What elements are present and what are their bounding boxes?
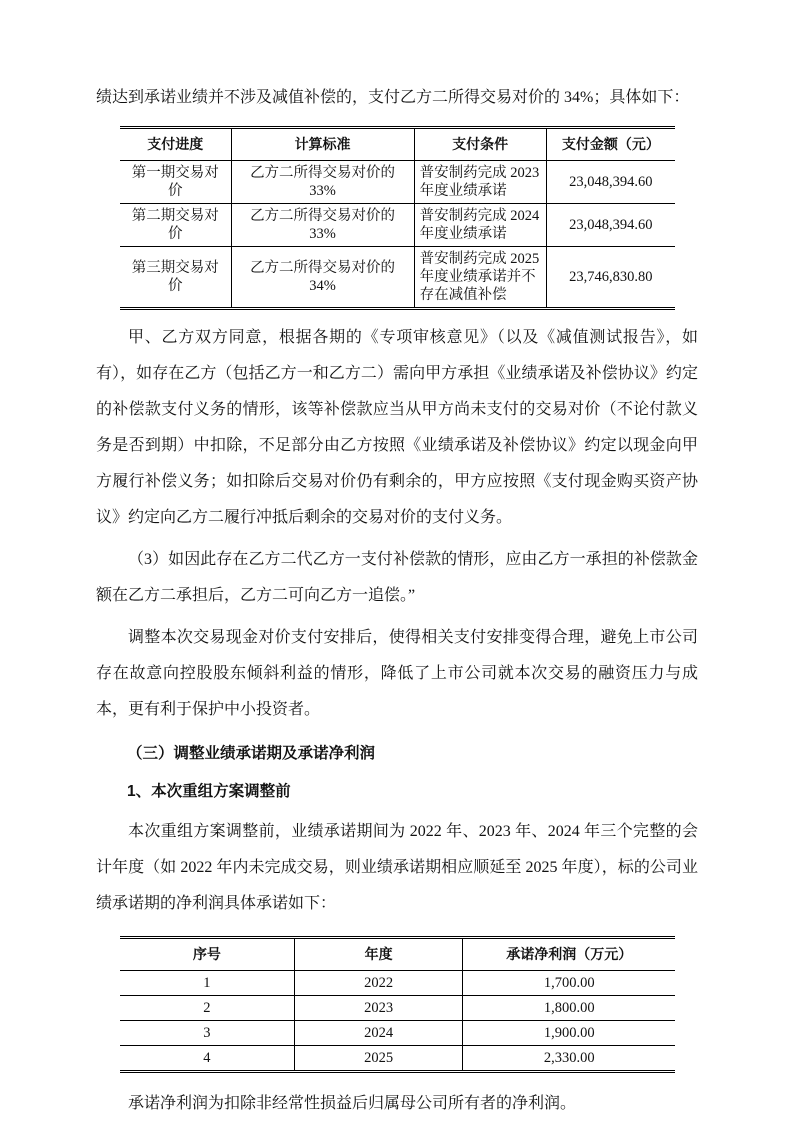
table-row: 4 2025 2,330.00 xyxy=(120,1046,675,1072)
sub-heading: 1、本次重组方案调整前 xyxy=(96,776,698,808)
table-header-cell: 支付条件 xyxy=(414,128,546,161)
table-header-row: 序号 年度 承诺净利润（万元） xyxy=(120,938,675,971)
intro-paragraph: 绩达到承诺业绩并不涉及减值补偿的，支付乙方二所得交易对价的 34%；具体如下： xyxy=(96,84,698,112)
table-cell: 1,800.00 xyxy=(463,996,675,1021)
table-cell: 2025 xyxy=(294,1046,463,1072)
table-cell: 普安制药完成 2024 年度业绩承诺 xyxy=(414,204,546,247)
table-cell: 普安制药完成 2025 年度业绩承诺并不存在减值补偿 xyxy=(414,247,546,309)
table-cell: 2023 xyxy=(294,996,463,1021)
table-header-cell: 计算标准 xyxy=(231,128,414,161)
table-cell: 3 xyxy=(120,1021,294,1046)
table-cell: 2,330.00 xyxy=(463,1046,675,1072)
table-cell: 第二期交易对价 xyxy=(120,204,231,247)
table-header-cell: 承诺净利润（万元） xyxy=(463,938,675,971)
table-header-cell: 支付进度 xyxy=(120,128,231,161)
table-cell: 2024 xyxy=(294,1021,463,1046)
table-cell: 23,746,830.80 xyxy=(546,247,675,309)
paragraph-adjustment-benefit: 调整本次交易现金对价支付安排后，使得相关支付安排变得合理，避免上市公司存在故意向… xyxy=(96,620,698,728)
table-header-cell: 年度 xyxy=(294,938,463,971)
paragraph-compensation-agreement: 甲、乙方双方同意，根据各期的《专项审核意见》（以及《减值测试报告》，如有），如存… xyxy=(96,320,698,536)
table-cell: 23,048,394.60 xyxy=(546,204,675,247)
table-row: 第三期交易对价 乙方二所得交易对价的 34% 普安制药完成 2025 年度业绩承… xyxy=(120,247,675,309)
table-cell: 2022 xyxy=(294,971,463,996)
closing-paragraph: 承诺净利润为扣除非经常性损益后归属母公司所有者的净利润。 xyxy=(96,1089,698,1119)
table-header-cell: 序号 xyxy=(120,938,294,971)
table-cell: 第三期交易对价 xyxy=(120,247,231,309)
table-cell: 23,048,394.60 xyxy=(546,161,675,204)
table-cell: 第一期交易对价 xyxy=(120,161,231,204)
table-row: 3 2024 1,900.00 xyxy=(120,1021,675,1046)
table-cell: 1 xyxy=(120,971,294,996)
paragraph-before-adjustment: 本次重组方案调整前，业绩承诺期间为 2022 年、2023 年、2024 年三个… xyxy=(96,814,698,922)
table-cell: 普安制药完成 2023 年度业绩承诺 xyxy=(414,161,546,204)
table-cell: 乙方二所得交易对价的 34% xyxy=(231,247,414,309)
document-page: 绩达到承诺业绩并不涉及减值补偿的，支付乙方二所得交易对价的 34%；具体如下： … xyxy=(0,0,793,1122)
table-header-row: 支付进度 计算标准 支付条件 支付金额（元） xyxy=(120,128,675,161)
table-header-cell: 支付金额（元） xyxy=(546,128,675,161)
table-cell: 4 xyxy=(120,1046,294,1072)
payment-schedule-table: 支付进度 计算标准 支付条件 支付金额（元） 第一期交易对价 乙方二所得交易对价… xyxy=(120,126,675,310)
paragraph-clause-3: （3）如因此存在乙方二代乙方一支付补偿款的情形，应由乙方一承担的补偿款金额在乙方… xyxy=(96,542,698,614)
section-heading: （三）调整业绩承诺期及承诺净利润 xyxy=(96,738,698,770)
table-row: 第一期交易对价 乙方二所得交易对价的 33% 普安制药完成 2023 年度业绩承… xyxy=(120,161,675,204)
table-cell: 乙方二所得交易对价的 33% xyxy=(231,204,414,247)
profit-commitment-table: 序号 年度 承诺净利润（万元） 1 2022 1,700.00 2 2023 1… xyxy=(120,936,675,1073)
table-cell: 乙方二所得交易对价的 33% xyxy=(231,161,414,204)
table-row: 2 2023 1,800.00 xyxy=(120,996,675,1021)
table-cell: 1,900.00 xyxy=(463,1021,675,1046)
table-cell: 1,700.00 xyxy=(463,971,675,996)
table-row: 第二期交易对价 乙方二所得交易对价的 33% 普安制药完成 2024 年度业绩承… xyxy=(120,204,675,247)
table-row: 1 2022 1,700.00 xyxy=(120,971,675,996)
table-cell: 2 xyxy=(120,996,294,1021)
